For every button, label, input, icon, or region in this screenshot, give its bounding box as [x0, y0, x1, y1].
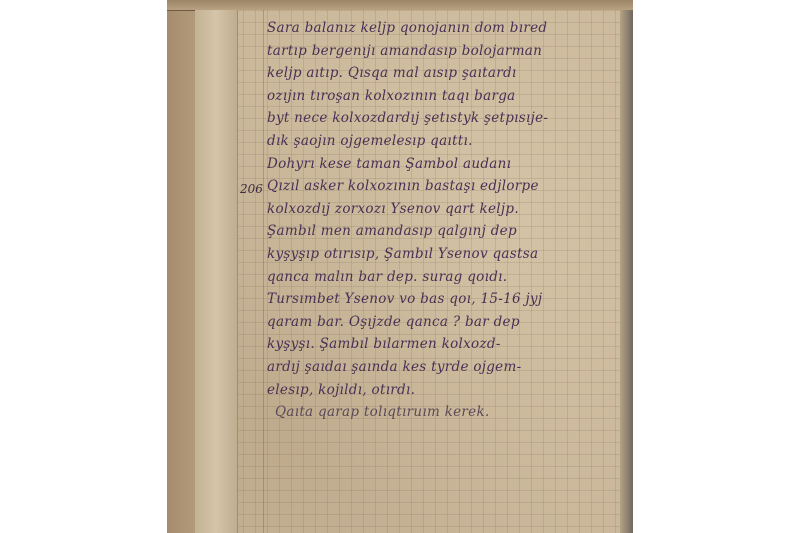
text-line: Qızıl asker kolxozının bastaşı edjlorpe [267, 175, 612, 198]
text-line: qaram bar. Oşıjzde qanca ? bar dep [267, 311, 612, 334]
text-line: kolxozdıj zorxozı Ysenov qart keljp. [267, 198, 612, 221]
notebook-back-cover-edge [167, 0, 195, 533]
text-line: tartıp bergenıjı amandasıp bolojarman [267, 40, 612, 63]
handwritten-text: Sara balanız keljp qonojanın dom bıred t… [267, 17, 612, 424]
text-line: Dohyrı kese taman Şambol audanı [267, 153, 612, 176]
text-line: keljp aıtıp. Qısqa mal aısıp şaıtardı [267, 62, 612, 85]
margin-line [263, 10, 264, 533]
text-line: byt nece kolxozdardıj şetıstyk şetpısıje… [267, 107, 612, 130]
text-line: Tursımbet Ysenov vo bas qoı, 15-16 jyj [267, 288, 612, 311]
text-line: Şambıl men amandasıp qalgınj dep [267, 220, 612, 243]
text-line: kyşyşıp otırısıp, Şambıl Ysenov qastsa [267, 243, 612, 266]
text-line: elesıp, kojıldı, otırdı. [267, 379, 612, 402]
text-line: Qaıta qarap tolıqtıruım kerek. [267, 401, 612, 424]
text-line: ozıjın tıroşan kolxozının taqı barga [267, 85, 612, 108]
text-line: ardıj şaıdaı şaında kes tyrde ojgem- [267, 356, 612, 379]
text-line: qanca malın bar dep. surag qoıdı. [267, 266, 612, 289]
margin-note: 206 [240, 182, 263, 196]
document-photo: 206 Sara balanız keljp qonojanın dom bır… [167, 0, 633, 533]
text-line: Sara balanız keljp qonojanın dom bıred [267, 17, 612, 40]
page-binding-strip [195, 10, 238, 533]
text-line: dık şaojın ojgemelesıp qaıttı. [267, 130, 612, 153]
notebook-page: 206 Sara balanız keljp qonojanın dom bır… [195, 10, 620, 533]
text-line: kyşyşı. Şambıl bılarmen kolxozd- [267, 333, 612, 356]
notebook-right-edge [620, 10, 633, 533]
